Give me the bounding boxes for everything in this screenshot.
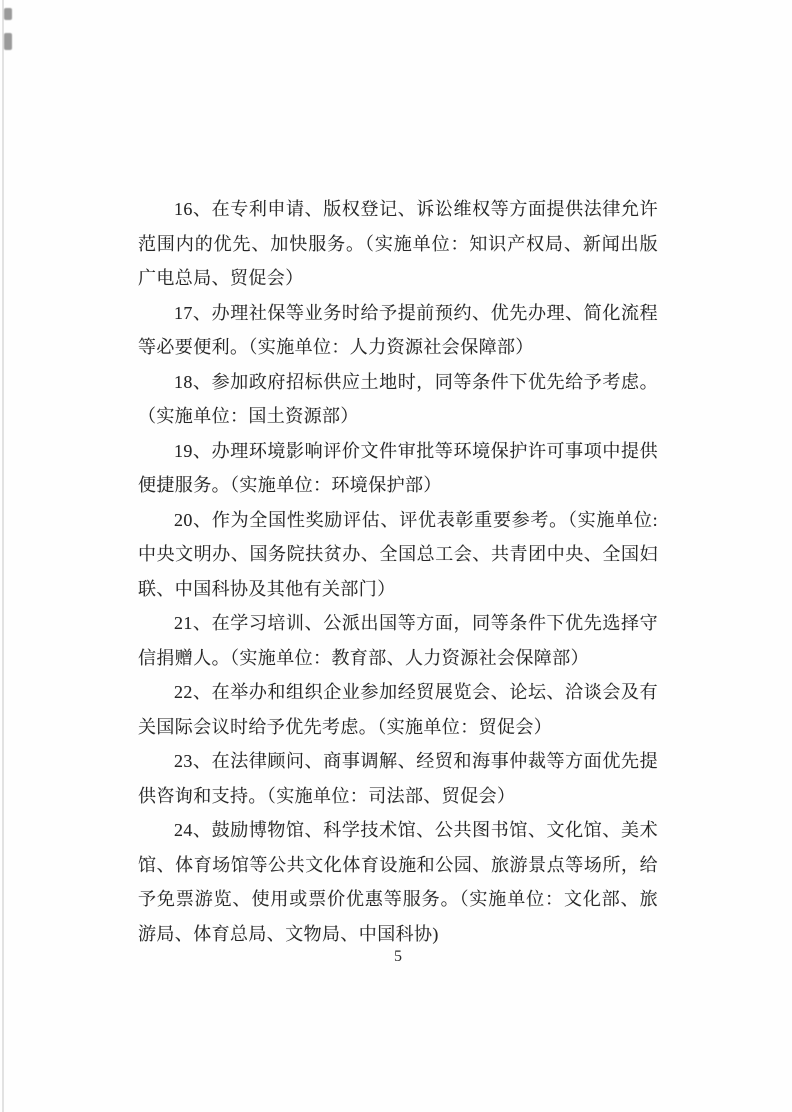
scan-artifact-mark — [4, 33, 12, 50]
paragraph-item-20: 20、作为全国性奖励评估、评优表彰重要参考。（实施单位:中央文明办、国务院扶贫办… — [138, 503, 658, 607]
paragraph-item-21: 21、在学习培训、公派出国等方面，同等条件下优先选择守信捐赠人。（实施单位：教育… — [138, 606, 658, 675]
paragraph-item-24: 24、鼓励博物馆、科学技术馆、公共图书馆、文化馆、美术馆、体育场馆等公共文化体育… — [138, 813, 658, 951]
paragraph-item-19: 19、办理环境影响评价文件审批等环境保护许可事项中提供便捷服务。（实施单位：环境… — [138, 434, 658, 503]
paragraph-item-23: 23、在法律顾问、商事调解、经贸和海事仲裁等方面优先提供咨询和支持。（实施单位：… — [138, 744, 658, 813]
document-page: 16、在专利申请、版权登记、诉讼维权等方面提供法律允许范围内的优先、加快服务。（… — [0, 0, 792, 1112]
document-body: 16、在专利申请、版权登记、诉讼维权等方面提供法律允许范围内的优先、加快服务。（… — [138, 192, 658, 951]
scanned-document-page: { "page": { "number": "5", "background_c… — [0, 0, 792, 1112]
paragraph-item-18: 18、参加政府招标供应土地时，同等条件下优先给予考虑。（实施单位：国土资源部） — [138, 365, 658, 434]
scan-edge-line — [2, 0, 4, 1112]
paragraph-item-17: 17、办理社保等业务时给予提前预约、优先办理、简化流程等必要便利。（实施单位：人… — [138, 296, 658, 365]
scan-artifact-mark — [4, 8, 12, 20]
paragraph-item-22: 22、在举办和组织企业参加经贸展览会、论坛、洽谈会及有关国际会议时给予优先考虑。… — [138, 675, 658, 744]
paragraph-item-16: 16、在专利申请、版权登记、诉讼维权等方面提供法律允许范围内的优先、加快服务。（… — [138, 192, 658, 296]
page-number: 5 — [138, 948, 658, 966]
